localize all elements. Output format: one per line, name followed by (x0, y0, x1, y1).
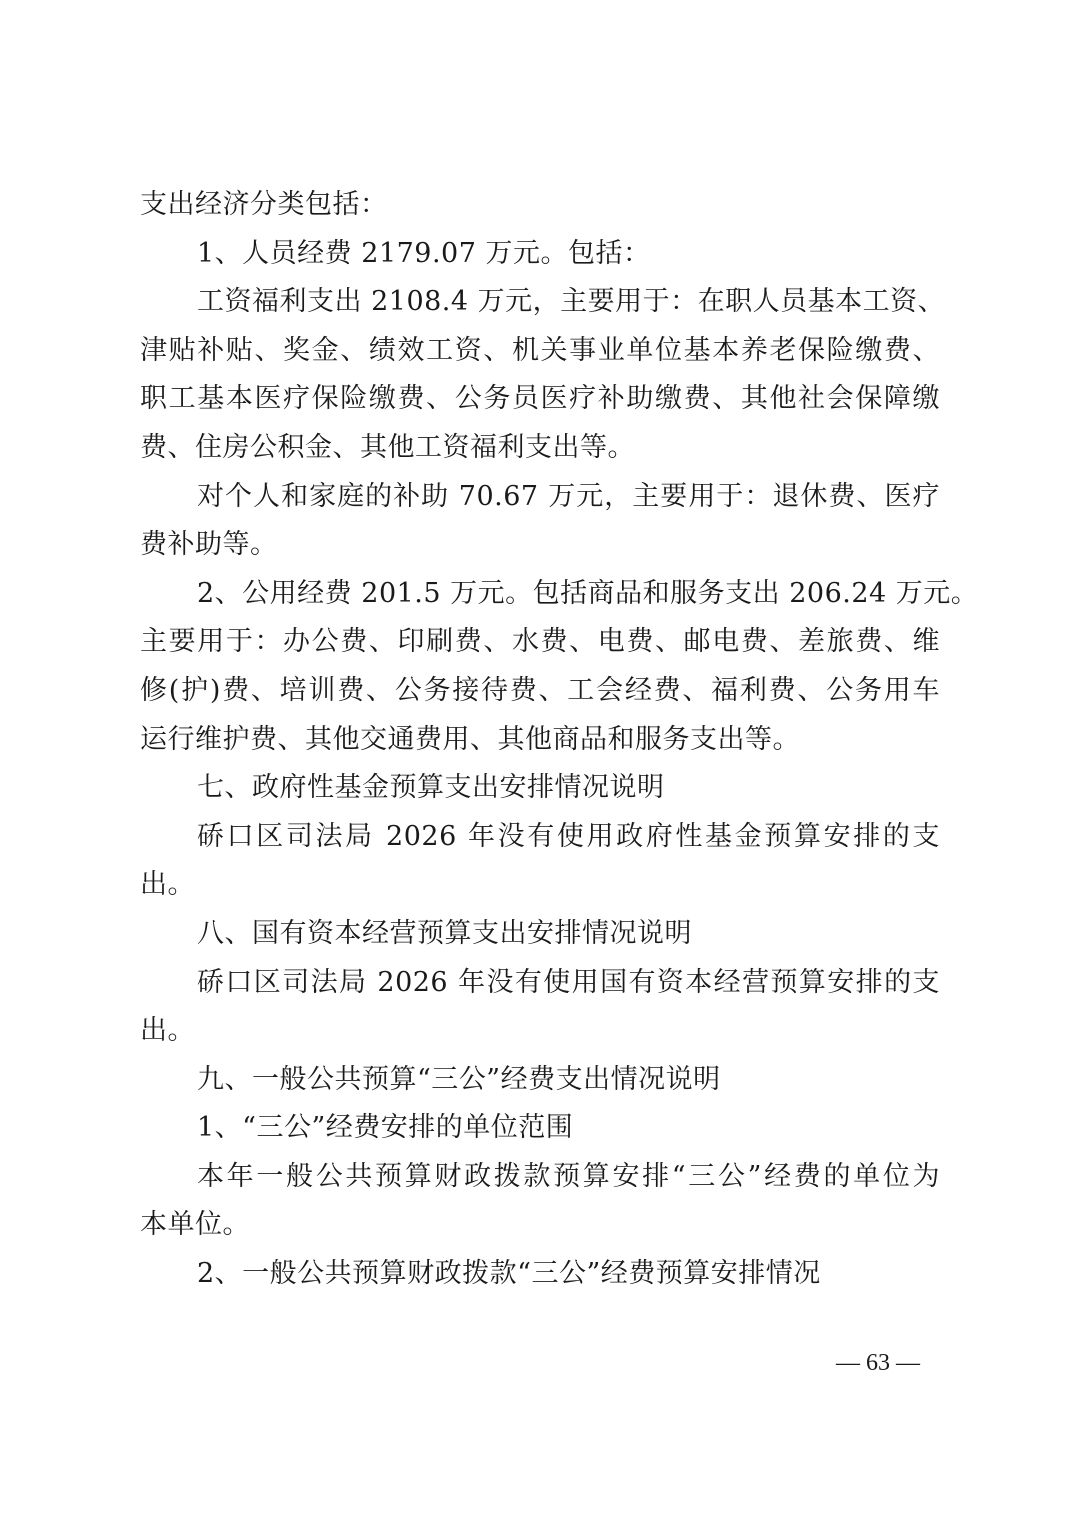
text-line: 硚口区司法局 2026 年没有使用国有资本经营预算安排的支 (140, 959, 940, 1008)
text-line: 对个人和家庭的补助 70.67 万元，主要用于：退休费、医疗 (140, 473, 940, 522)
section-heading: 九、一般公共预算“三公”经费支出情况说明 (140, 1056, 940, 1105)
section-heading: 八、国有资本经营预算支出安排情况说明 (140, 910, 940, 959)
text-line: 1、人员经费 2179.07 万元。包括： (140, 230, 940, 279)
text-line: 运行维护费、其他交通费用、其他商品和服务支出等。 (140, 716, 940, 765)
text-line: 本年一般公共预算财政拨款预算安排“三公”经费的单位为 (140, 1153, 940, 1202)
text-line: 修(护)费、培训费、公务接待费、工会经费、福利费、公务用车 (140, 667, 940, 716)
text-line: 津贴补贴、奖金、绩效工资、机关事业单位基本养老保险缴费、 (140, 327, 940, 376)
text-line: 支出经济分类包括： (140, 181, 940, 230)
text-line: 2、公用经费 201.5 万元。包括商品和服务支出 206.24 万元。 (140, 570, 940, 619)
text-line: 硚口区司法局 2026 年没有使用政府性基金预算安排的支 (140, 813, 940, 862)
page-number: — 63 — (836, 1350, 920, 1377)
text-line: 费补助等。 (140, 521, 940, 570)
text-line: 职工基本医疗保险缴费、公务员医疗补助缴费、其他社会保障缴 (140, 375, 940, 424)
document-body: 支出经济分类包括： 1、人员经费 2179.07 万元。包括： 工资福利支出 2… (140, 181, 940, 1299)
text-line: 费、住房公积金、其他工资福利支出等。 (140, 424, 940, 473)
subsection-heading: 2、一般公共预算财政拨款“三公”经费预算安排情况 (140, 1250, 940, 1299)
text-line: 出。 (140, 861, 940, 910)
text-line: 出。 (140, 1007, 940, 1056)
subsection-heading: 1、“三公”经费安排的单位范围 (140, 1104, 940, 1153)
text-line: 主要用于：办公费、印刷费、水费、电费、邮电费、差旅费、维 (140, 618, 940, 667)
section-heading: 七、政府性基金预算支出安排情况说明 (140, 764, 940, 813)
text-line: 本单位。 (140, 1201, 940, 1250)
text-line: 工资福利支出 2108.4 万元，主要用于：在职人员基本工资、 (140, 278, 940, 327)
